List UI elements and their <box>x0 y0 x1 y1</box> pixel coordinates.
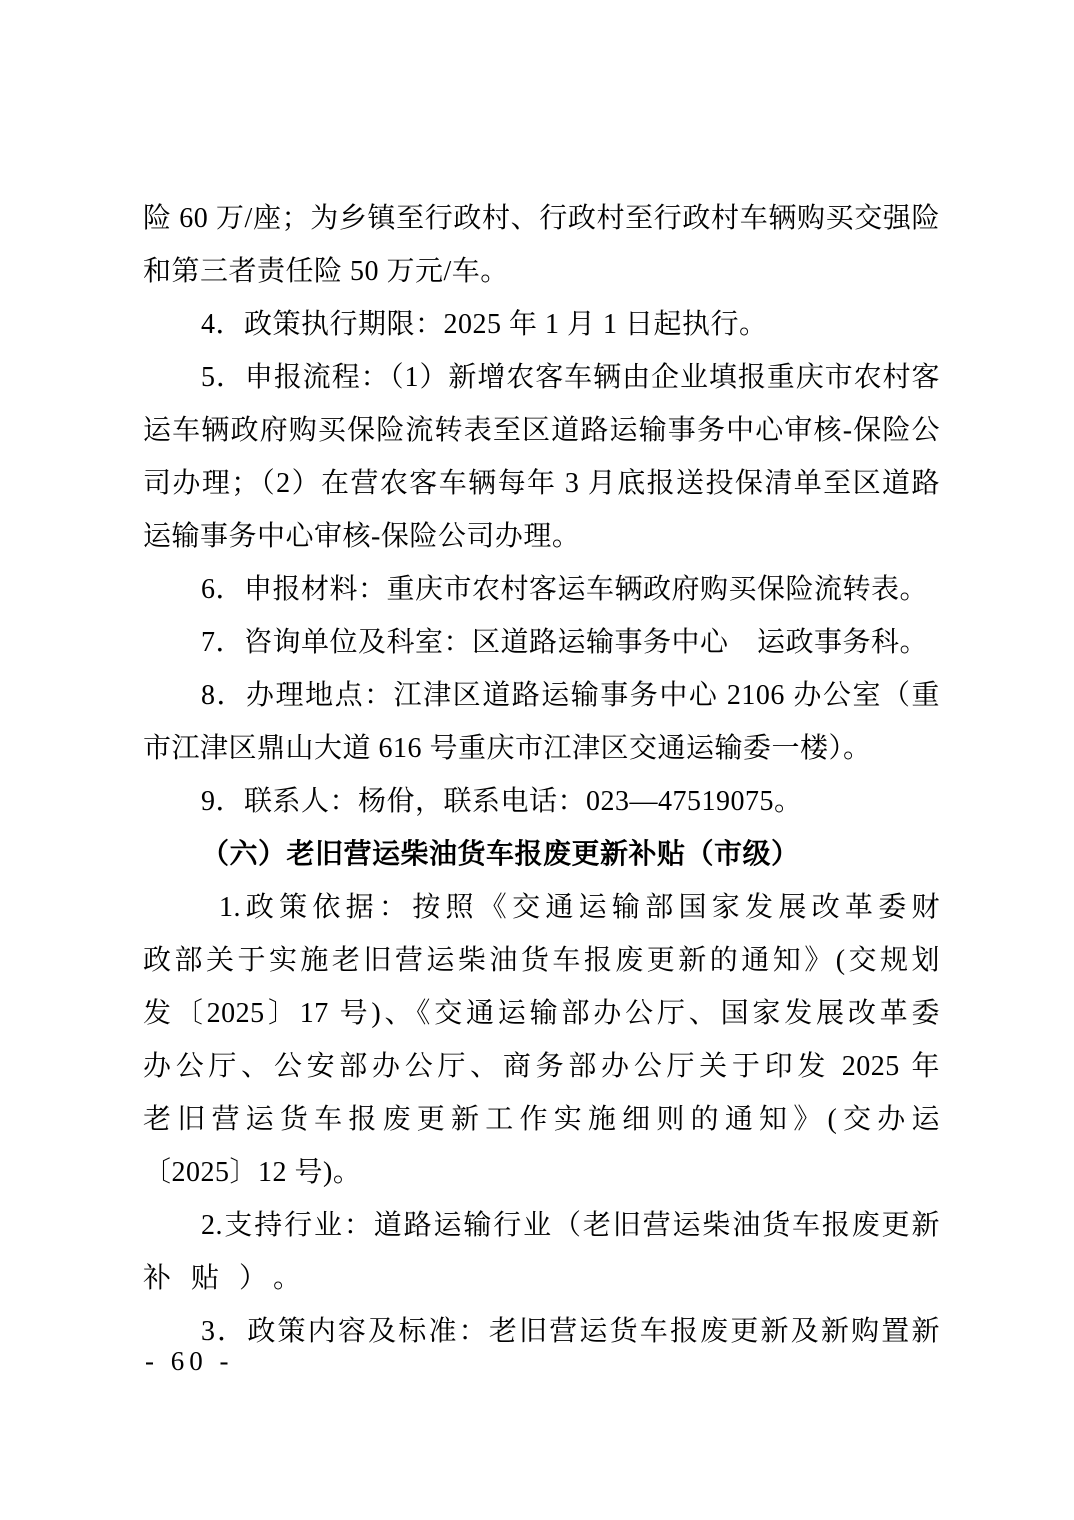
doc-line: 〔2025〕12 号)。 <box>143 1146 940 1199</box>
doc-line: 政部关于实施老旧营运柴油货车报废更新的通知》(交规划 <box>143 934 940 987</box>
doc-line: 老旧营运货车报废更新工作实施细则的通知》(交办运 <box>143 1093 940 1146</box>
doc-line: 司办理；（2）在营农客车辆每年 3 月底报送投保清单至区道路 <box>143 457 940 510</box>
doc-line: 运输事务中心审核-保险公司办理。 <box>143 510 940 563</box>
doc-line: 1.政策依据：按照《交通运输部国家发展改革委财 <box>143 881 940 934</box>
doc-line: 9．联系人：杨佾，联系电话：023—47519075。 <box>143 775 940 828</box>
page-number: - 60 - <box>145 1346 233 1377</box>
doc-line: 运车辆政府购买保险流转表至区道路运输事务中心审核-保险公 <box>143 404 940 457</box>
doc-line: 6．申报材料：重庆市农村客运车辆政府购买保险流转表。 <box>143 563 940 616</box>
doc-line: 市江津区鼎山大道 616 号重庆市江津区交通运输委一楼）。 <box>143 722 940 775</box>
doc-line: 险 60 万/座；为乡镇至行政村、行政村至行政村车辆购买交强险 <box>143 192 940 245</box>
doc-line: 发〔2025〕17 号)、《交通运输部办公厅、国家发展改革委 <box>143 987 940 1040</box>
doc-line: 8．办理地点：江津区道路运输事务中心 2106 办公室（重庆 <box>143 669 940 722</box>
doc-line: 7．咨询单位及科室：区道路运输事务中心 运政事务科。 <box>143 616 940 669</box>
doc-line: 5．申报流程：（1）新增农客车辆由企业填报重庆市农村客 <box>143 351 940 404</box>
doc-line: 办公厅、公安部办公厅、商务部办公厅关于印发 2025 年 <box>143 1040 940 1093</box>
doc-line: 3．政策内容及标准：老旧营运货车报废更新及新购置新 <box>143 1305 940 1358</box>
doc-line: 4．政策执行期限：2025 年 1 月 1 日起执行。 <box>143 298 940 351</box>
doc-line: 补贴）。 <box>143 1252 940 1305</box>
doc-line: 和第三者责任险 50 万元/车。 <box>143 245 940 298</box>
section-heading: （六）老旧营运柴油货车报废更新补贴（市级） <box>143 828 940 881</box>
document-body: 险 60 万/座；为乡镇至行政村、行政村至行政村车辆购买交强险 和第三者责任险 … <box>143 192 940 1358</box>
document-page: 险 60 万/座；为乡镇至行政村、行政村至行政村车辆购买交强险 和第三者责任险 … <box>0 0 1074 1520</box>
doc-line: 2.支持行业：道路运输行业（老旧营运柴油货车报废更新 <box>143 1199 940 1252</box>
